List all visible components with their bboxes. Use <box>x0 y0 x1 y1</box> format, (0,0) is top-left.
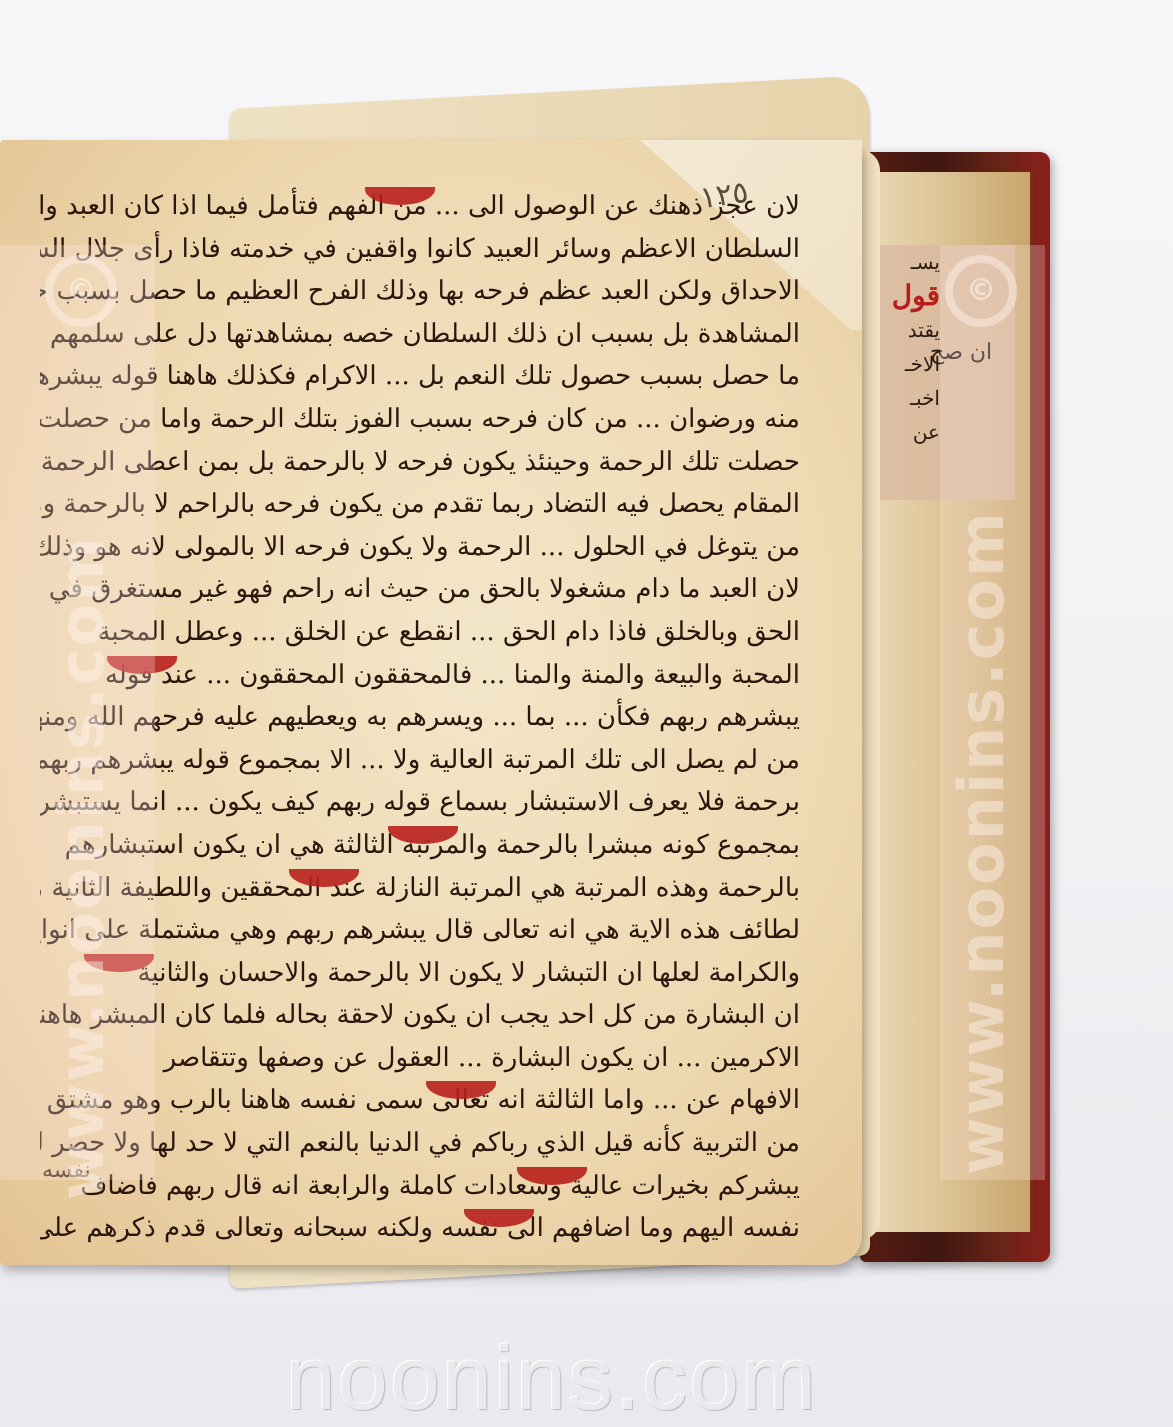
rubric-mark <box>517 1167 587 1185</box>
watermark-vertical-left: www.noonins.com <box>45 535 118 1200</box>
facing-text-line: عن <box>880 415 940 449</box>
facing-text-line: اخبـ <box>880 381 940 415</box>
rubric-mark <box>289 869 359 887</box>
watermark-bottom: noonins.com <box>232 1328 872 1427</box>
copyright-icon: © <box>945 255 1017 327</box>
watermark-vertical-right: www.noonins.com <box>945 510 1018 1175</box>
rubric-mark <box>365 187 435 205</box>
facing-text-line: يسـ <box>880 245 940 279</box>
rubric-mark <box>388 826 458 844</box>
manuscript-line: لان عجز ذهنك عن الوصول الى ... من الفهم … <box>40 185 800 228</box>
rubric-mark <box>464 1209 534 1227</box>
copyright-icon: © <box>45 255 117 327</box>
rubric-mark <box>426 1081 496 1099</box>
facing-text-rubric: قول <box>880 279 940 313</box>
manuscript-line: نفسه اليهم وما اضافهم الى نفسه ولكنه سبح… <box>40 1207 800 1250</box>
